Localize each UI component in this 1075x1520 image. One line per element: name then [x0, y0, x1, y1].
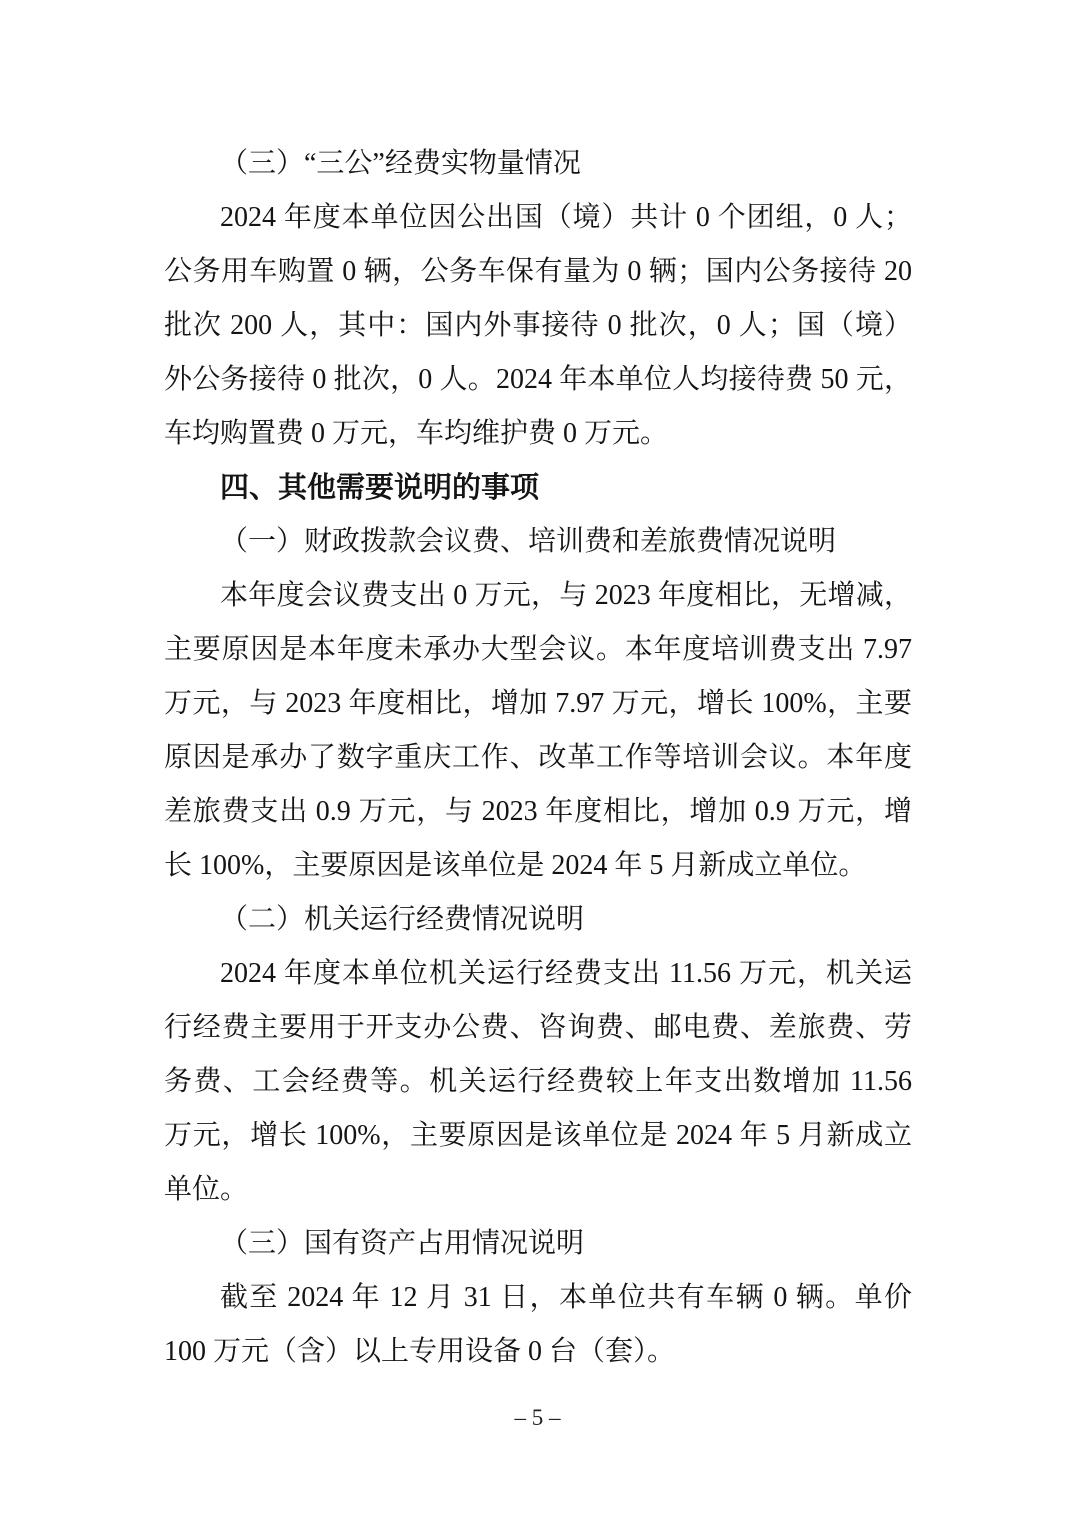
- body-text-line: 外公务接待 0 批次，0 人。2024 年本单位人均接待费 50 元，: [164, 353, 912, 407]
- subsection-heading-state-owned-assets: （三）国有资产占用情况说明: [164, 1217, 912, 1271]
- body-text-line: 务费、工会经费等。机关运行经费较上年支出数增加 11.56: [164, 1055, 912, 1109]
- subsection-heading-operating-expenses: （二）机关运行经费情况说明: [164, 893, 912, 947]
- subsection-heading-meeting-training-travel-fees: （一）财政拨款会议费、培训费和差旅费情况说明: [164, 515, 912, 569]
- page-number: – 5 –: [0, 1398, 1075, 1438]
- subsection-heading-sangong-physical-quantity: （三）“三公”经费实物量情况: [164, 137, 912, 191]
- body-text-line: 差旅费支出 0.9 万元，与 2023 年度相比，增加 0.9 万元，增: [164, 785, 912, 839]
- body-text-line: 批次 200 人，其中：国内外事接待 0 批次，0 人；国（境）: [164, 299, 912, 353]
- body-text-line: 行经费主要用于开支办公费、咨询费、邮电费、差旅费、劳: [164, 1001, 912, 1055]
- body-text-line: 本年度会议费支出 0 万元，与 2023 年度相比，无增减，: [164, 569, 912, 623]
- body-text-line: 主要原因是本年度未承办大型会议。本年度培训费支出 7.97: [164, 623, 912, 677]
- body-text-line: 公务用车购置 0 辆，公务车保有量为 0 辆；国内公务接待 20: [164, 245, 912, 299]
- body-text-line: 2024 年度本单位机关运行经费支出 11.56 万元，机关运: [164, 947, 912, 1001]
- body-text-line: 100 万元（含）以上专用设备 0 台（套）。: [164, 1325, 912, 1379]
- document-body: （三）“三公”经费实物量情况 2024 年度本单位因公出国（境）共计 0 个团组…: [164, 137, 912, 1379]
- document-page: （三）“三公”经费实物量情况 2024 年度本单位因公出国（境）共计 0 个团组…: [0, 0, 1075, 1520]
- body-text-line: 万元，增长 100%，主要原因是该单位是 2024 年 5 月新成立: [164, 1109, 912, 1163]
- body-text-line: 单位。: [164, 1163, 912, 1217]
- body-text-line: 2024 年度本单位因公出国（境）共计 0 个团组，0 人；: [164, 191, 912, 245]
- body-text-line: 万元，与 2023 年度相比，增加 7.97 万元，增长 100%，主要: [164, 677, 912, 731]
- body-text-line: 长 100%，主要原因是该单位是 2024 年 5 月新成立单位。: [164, 839, 912, 893]
- body-text-line: 截至 2024 年 12 月 31 日，本单位共有车辆 0 辆。单价: [164, 1271, 912, 1325]
- body-text-line: 车均购置费 0 万元，车均维护费 0 万元。: [164, 407, 912, 461]
- section-heading-other-items: 四、其他需要说明的事项: [164, 461, 912, 515]
- body-text-line: 原因是承办了数字重庆工作、改革工作等培训会议。本年度: [164, 731, 912, 785]
